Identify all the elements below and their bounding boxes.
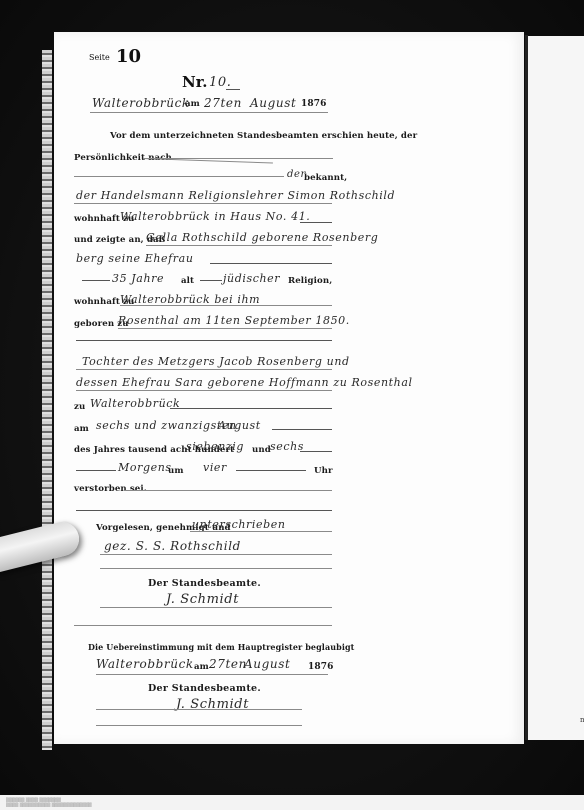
record-number-rule — [226, 89, 240, 90]
official-rule-2 — [74, 625, 332, 626]
certification-text: Die Uebereinstimmung mit dem Hauptregist… — [88, 642, 354, 652]
died-rule — [124, 490, 332, 491]
informant: der Handelsmann Religionslehrer Simon Ro… — [76, 189, 395, 202]
death-month-rule — [272, 429, 332, 430]
known-rule — [74, 176, 284, 177]
time-of-day: Morgens — [118, 461, 172, 474]
official-rule — [100, 607, 332, 608]
certification-official-rule-2 — [96, 725, 302, 726]
registration-day: 27ten — [204, 96, 242, 110]
year-and: und — [252, 445, 271, 455]
registration-rule — [90, 112, 328, 113]
registration-year: 1876 — [301, 99, 326, 109]
deceased-name: Gella Rothschild geborene Rosenberg — [146, 231, 378, 244]
declarant-signature: gez. S. S. Rothschild — [104, 539, 241, 553]
official-title: Der Standesbeamte. — [148, 578, 261, 589]
scan-footer-line-2: ▒▒▒▒ ▒▒▒▒▒▒▒▒▒▒ ▒▒▒▒▒▒▒▒▒▒▒▒▒ — [6, 802, 578, 807]
uhr-label: Uhr — [314, 466, 333, 476]
death-month: August — [218, 419, 261, 432]
death-day-label: am — [74, 424, 89, 434]
deceased-rule — [146, 245, 332, 246]
parents-line-1: Tochter des Metzgers Jacob Rosenberg und — [82, 355, 350, 368]
official-signature: J. Schmidt — [166, 592, 239, 607]
death-place-label: zu — [74, 402, 85, 412]
died-label: verstorben sei. — [74, 484, 147, 494]
page-label: Seite — [89, 53, 110, 62]
born-rule — [118, 328, 332, 329]
parents-rule-1 — [76, 369, 332, 370]
signature-rule-2 — [100, 568, 332, 569]
death-day: sechs und zwanzigsten — [96, 419, 237, 432]
residence-rule — [300, 222, 332, 223]
born: Rosenthal am 11ten September 1850. — [118, 314, 350, 327]
certification-official-title: Der Standesbeamte. — [148, 683, 261, 694]
age: 35 Jahre — [112, 272, 164, 285]
certification-rule — [96, 674, 328, 675]
blank-rule-1 — [76, 340, 332, 341]
read-rule — [190, 531, 332, 532]
registration-month: August — [250, 96, 296, 110]
time-hour: vier — [203, 461, 227, 474]
time-lead-rule — [76, 470, 116, 471]
parents-rule-2 — [76, 390, 332, 391]
intro-text: Vor dem unterzeichneten Standesbeamten e… — [110, 131, 417, 141]
residence: Walterobbrück in Haus No. 41. — [120, 210, 310, 223]
facing-page-mark: m — [580, 716, 584, 724]
page-number: 10 — [116, 46, 141, 67]
age-lead-rule — [82, 280, 110, 281]
certification-year: 1876 — [308, 662, 333, 672]
certification-am: am — [194, 662, 209, 672]
certification-month: August — [244, 657, 290, 671]
religion-label: Religion, — [288, 276, 332, 286]
year-unit: sechs — [270, 440, 304, 453]
age-label: alt — [181, 276, 194, 286]
book-page-edges — [42, 50, 52, 750]
time-um: um — [168, 466, 184, 476]
signature-rule — [100, 554, 332, 555]
death-place: Walterobbrück — [90, 397, 180, 410]
certification-place: Walterobbrück — [96, 657, 194, 671]
year-rule — [300, 451, 332, 452]
record-label: Nr. — [182, 73, 207, 91]
deceased-residence-rule — [120, 305, 332, 306]
deceased-relation: berg seine Ehefrau — [76, 252, 194, 265]
read-value: unterschrieben — [192, 518, 286, 531]
facing-page — [528, 36, 584, 740]
certification-day: 27ten — [209, 657, 247, 671]
year-words: siebenzig — [186, 440, 244, 453]
registration-am: am — [185, 99, 200, 109]
death-place-rule — [170, 408, 332, 409]
scan-footer: ▒▒▒▒▒▒ ▒▒▒▒ ▒▒▒▒▒▒▒ ▒▒▒▒ ▒▒▒▒▒▒▒▒▒▒ ▒▒▒▒… — [0, 795, 584, 810]
record-number: 10. — [209, 75, 231, 90]
religion: jüdischer — [223, 272, 280, 285]
time-rule — [236, 470, 306, 471]
registration-place: Walterobbrück — [92, 96, 190, 110]
blank-rule-2 — [76, 510, 332, 511]
informant-rule — [74, 203, 332, 204]
religion-lead-rule — [200, 280, 222, 281]
parents-line-2: dessen Ehefrau Sara geborene Hoffmann zu… — [76, 376, 413, 389]
relation-rule — [210, 263, 332, 264]
certification-official-rule — [96, 709, 302, 710]
known-label: bekannt, — [304, 173, 347, 183]
